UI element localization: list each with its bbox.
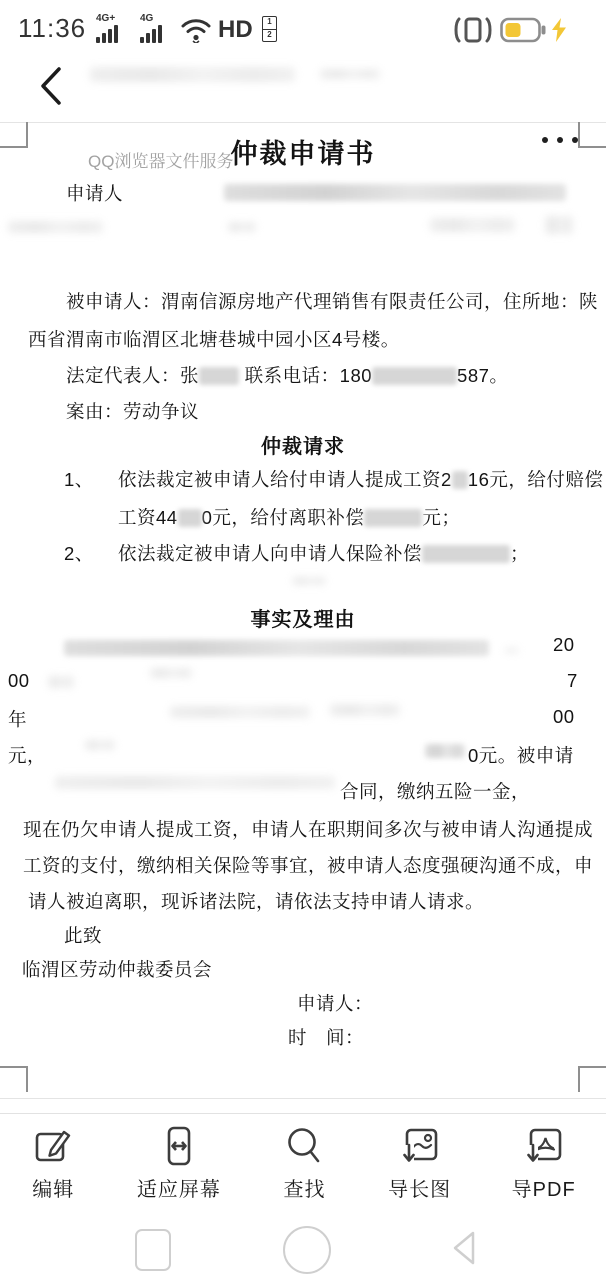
redacted-text: [505, 648, 519, 653]
signature-date: 时 间：: [288, 1024, 364, 1050]
search-icon: [281, 1123, 327, 1169]
page-corner-mark: [0, 1066, 27, 1068]
edit-label: 编辑: [32, 1173, 74, 1202]
back-button[interactable]: [38, 65, 64, 107]
redacted-text: [8, 221, 103, 233]
dual-sim-badge: 1 2: [262, 16, 277, 42]
salute-line: 此致: [64, 922, 102, 948]
wifi-icon: [180, 17, 212, 43]
respondent-line-2: 西省渭南市临渭区北塘巷城中园小区4号楼。: [28, 326, 400, 352]
find-button[interactable]: 查找: [277, 1123, 331, 1202]
facts-line-8: 请人被迫离职，现诉诸法院，请依法支持申请人请求。: [28, 888, 484, 914]
request-heading: 仲裁请求: [0, 430, 606, 459]
document-page[interactable]: 仲裁申请书 申请人 被申请人：渭南信源房地产代理销售有限责任公司，住所地：陕 西…: [0, 118, 606, 1113]
file-title-redacted: [90, 67, 295, 82]
facts-line-6: 现在仍欠申请人提成工资，申请人在职期间多次与被申请人沟通提成: [23, 816, 593, 842]
nav-bar: [0, 1210, 606, 1280]
respondent-line-1: 被申请人：渭南信源房地产代理销售有限责任公司，住所地：陕: [66, 288, 598, 314]
back-triangle-icon: [455, 1233, 473, 1263]
page-corner-mark: [578, 1066, 580, 1092]
hd-icon: HD: [218, 16, 253, 44]
redacted-text: [170, 706, 310, 718]
redacted-text: [292, 577, 326, 585]
fit-screen-button[interactable]: 适应屏幕: [133, 1123, 225, 1202]
request-item-2: 依法裁定被申请人向申请人保险补偿；: [118, 540, 529, 566]
facts-line-2-end: 7: [567, 670, 578, 692]
facts-line-3-start: 年: [8, 706, 27, 732]
edit-button[interactable]: 编辑: [26, 1123, 80, 1202]
redacted-text: [330, 704, 400, 716]
export-pdf-icon: [521, 1123, 567, 1169]
facts-heading: 事实及理由: [0, 603, 606, 632]
back-nav-button[interactable]: [445, 1225, 485, 1271]
request-item-1-no: 1、: [64, 466, 94, 492]
legal-rep-line: 法定代表人：张 联系电话：180587。: [66, 362, 508, 388]
case-line: 案由：劳动争议: [66, 398, 199, 424]
facts-line-5-end: 合同，缴纳五险一金，: [340, 778, 530, 804]
signature-applicant: 申请人：: [297, 990, 373, 1016]
facts-line-3-end: 00: [553, 706, 575, 728]
export-pdf-label: 导PDF: [512, 1173, 576, 1202]
redacted-text: [150, 668, 192, 678]
file-title-redacted-2: [320, 69, 380, 79]
fit-screen-label: 适应屏幕: [137, 1173, 221, 1202]
status-bar: 11:36 4G+ 4G HD 1 2: [0, 0, 606, 55]
facts-line-2-start: 00: [8, 670, 30, 692]
facts-line-7: 工资的支付，缴纳相关保险等事宜，被申请人态度强硬沟通不成，申: [23, 852, 593, 878]
app-header: QQ浏览器文件服务: [0, 55, 606, 118]
redacted-text: [64, 640, 489, 656]
battery-icon: [500, 17, 546, 43]
page-top-edge: [0, 122, 606, 123]
fit-screen-icon: [156, 1123, 202, 1169]
redacted-text: [55, 776, 335, 789]
request-item-1-line-2: 工资440元，给付离职补偿元；: [118, 504, 460, 530]
export-long-image-label: 导长图: [388, 1173, 451, 1202]
redacted-text: [425, 744, 465, 758]
rotation-lock-icon: [452, 16, 494, 44]
redacted-text: [545, 216, 573, 234]
facts-line-4-start: 元，: [8, 742, 46, 768]
request-item-1-line-1: 依法裁定被申请人给付申请人提成工资216元，给付赔偿: [118, 466, 603, 492]
facts-line-4-end: 0元。被申请: [468, 742, 574, 768]
find-label: 查找: [283, 1173, 325, 1202]
committee-line: 临渭区劳动仲裁委员会: [22, 956, 212, 982]
redacted-phone: [372, 367, 457, 385]
recents-button[interactable]: [135, 1229, 171, 1271]
export-long-image-icon: [397, 1123, 443, 1169]
redacted-amount: [422, 545, 510, 563]
redacted-amount: [364, 509, 422, 527]
redacted-applicant-info: [224, 184, 566, 201]
page-bottom-edge: [0, 1098, 606, 1099]
redacted-text: [85, 740, 115, 750]
facts-line-1-end: 20: [553, 634, 575, 656]
edit-icon: [30, 1123, 76, 1169]
page-corner-mark: [26, 1066, 28, 1092]
redacted-amount: [178, 509, 202, 527]
request-item-2-no: 2、: [64, 540, 94, 566]
redacted-text: [48, 676, 74, 688]
phone-screen: 11:36 4G+ 4G HD 1 2: [0, 0, 606, 1280]
export-pdf-button[interactable]: 导PDF: [508, 1123, 580, 1202]
toolbar: 编辑 适应屏幕 查找: [0, 1113, 606, 1211]
signal-icon-4g: 4G: [140, 14, 176, 44]
signal-icon-4g-plus: 4G+: [96, 14, 132, 44]
redacted-text: [228, 222, 256, 232]
page-corner-mark: [579, 1066, 606, 1068]
applicant-label: 申请人: [66, 180, 123, 206]
charging-bolt-icon: [550, 17, 568, 43]
redacted-name: [199, 367, 239, 385]
doc-title: 仲裁申请书: [0, 132, 606, 171]
redacted-amount: [452, 471, 468, 489]
clock-text: 11:36: [18, 13, 86, 44]
home-button[interactable]: [283, 1226, 331, 1274]
redacted-text: [430, 218, 515, 232]
export-long-image-button[interactable]: 导长图: [384, 1123, 455, 1202]
